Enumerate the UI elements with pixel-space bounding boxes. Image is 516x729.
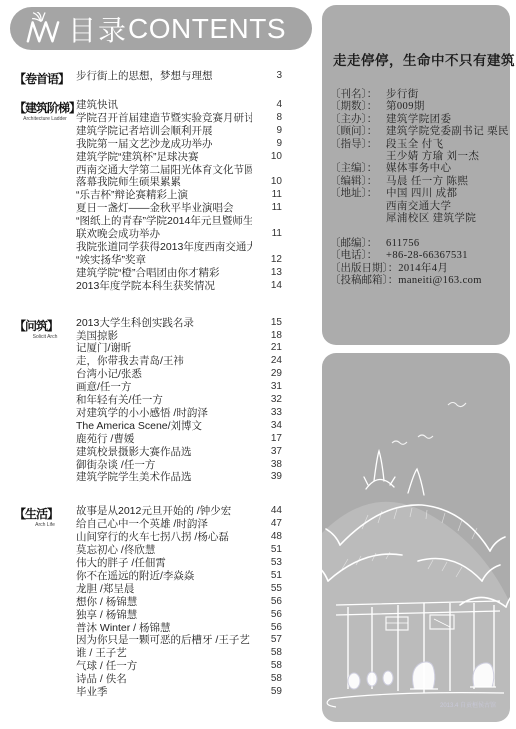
toc-section-items: 故事是从2012元旦开始的 /钟少宏44给自己心中一个英雄 /时韵泽47山间穿行… <box>76 505 282 699</box>
toc-row: 2013大学生科创实践名录15 <box>76 317 282 330</box>
toc-row: 2013年度学院本科生获奖情况14 <box>76 280 282 293</box>
toc-row: 山间穿行的火车七拐八拐 /杨心磊48 <box>76 531 282 544</box>
info-row: 〔电话〕：+86-28-66367531 <box>330 250 506 262</box>
section-title: 【问筑】 <box>14 317 76 334</box>
toc-section: 【生活】Arch Life故事是从2012元旦开始的 /钟少宏44给自己心中一个… <box>14 505 282 699</box>
toc-item-title: 2013大学生科创实践名录 <box>76 317 252 330</box>
toc-row: 你不在遥远的附近/李焱焱51 <box>76 570 282 583</box>
toc-item-page: 48 <box>252 531 282 544</box>
info-label <box>330 151 386 163</box>
toc-item-title: 和年轻有关/任一方 <box>76 394 252 407</box>
info-label: 〔电话〕： <box>330 250 386 262</box>
info-value: 段玉全 付飞 <box>386 139 444 151</box>
toc-item-page: 24 <box>252 355 282 368</box>
toc-row: The America Scene/刘博文34 <box>76 420 282 433</box>
toc-row: 毕业季59 <box>76 686 282 699</box>
info-row: 〔指导〕：段玉全 付飞 <box>330 139 506 151</box>
info-value: 犀浦校区 建筑学院 <box>386 213 476 225</box>
toc-item-title: 莫忘初心 /佟欣慧 <box>76 544 252 557</box>
info-value: 建筑学院党委副书记 栗民 <box>386 126 509 138</box>
info-label: 〔地址〕： <box>330 188 386 200</box>
toc-item-title: 建筑学院记者培训会顺利开展 <box>76 125 252 138</box>
info-row <box>330 225 506 237</box>
toc-item-page: 51 <box>252 570 282 583</box>
info-value: 建筑学院团委 <box>386 114 451 126</box>
toc-section-head: 【生活】Arch Life <box>14 505 76 699</box>
toc-row: 画意/任一方31 <box>76 381 282 394</box>
toc-item-page: 55 <box>252 583 282 596</box>
toc-section-items: 2013大学生科创实践名录15美国掠影18记厦门/谢昕21走，你带我去青岛/王祎… <box>76 317 282 485</box>
toc-row: 莫忘初心 /佟欣慧51 <box>76 544 282 557</box>
bird-icon <box>418 435 433 438</box>
toc-item-title: 步行街上的思想，梦想与理想 <box>76 70 252 83</box>
toc-item-title: 我院第一届文艺沙龙成功举办 <box>76 138 252 151</box>
section-title: 【卷首语】 <box>14 70 76 87</box>
toc-item-title: “竢实扬华”奖章 <box>76 254 252 267</box>
info-label: 〔主办〕： <box>330 114 386 126</box>
toc-item-title: 伟大的胖子 /任佃霄 <box>76 557 252 570</box>
slogan: 走走停停，生命中不只有建筑 <box>333 49 515 69</box>
info-row: 〔主编〕：媒体事务中心 <box>330 163 506 175</box>
toc-row: 因为你只是一颗可恶的后槽牙 /王子艺57 <box>76 634 282 647</box>
section-subtitle: Architecture Ladder <box>14 116 76 122</box>
toc-section-items: 步行街上的思想，梦想与理想3 <box>76 70 282 87</box>
toc-item-title: 学院召开首届建造节暨实验竞赛月研讨会 <box>76 112 252 125</box>
toc-item-page: 15 <box>252 317 282 330</box>
toc-item-page: 10 <box>252 151 282 164</box>
info-label: 〔顾问〕： <box>330 126 386 138</box>
toc-item-title: 毕业季 <box>76 686 252 699</box>
toc-row: 想你 / 杨锦慧56 <box>76 596 282 609</box>
contents-title-en: CONTENTS <box>128 13 286 45</box>
toc-item-page: 53 <box>252 557 282 570</box>
toc-item-title: 独享 / 杨锦慧 <box>76 609 252 622</box>
section-subtitle: Solicit Arch <box>14 334 76 340</box>
toc-row: 气球 / 任一方58 <box>76 660 282 673</box>
toc-item-title: 给自己心中一个英雄 /时韵泽 <box>76 518 252 531</box>
toc-item-title: 鹿苑行 /曹媛 <box>76 433 252 446</box>
sketch-panel: 2013.4 自贡桓侯古馆 <box>322 353 510 722</box>
info-value: 中国 四川 成都 <box>386 188 457 200</box>
toc-item-title: 御街杂谈 /任一方 <box>76 459 252 472</box>
info-row: 〔编辑〕：马晨 任一方 陈熙 <box>330 176 506 188</box>
info-value: 步行街 <box>386 89 419 101</box>
section-title: 【生活】 <box>14 505 76 522</box>
toc-item-page <box>252 164 282 177</box>
toc-item-page: 18 <box>252 330 282 343</box>
toc-item-page: 33 <box>252 407 282 420</box>
toc-item-title: 画意/任一方 <box>76 381 252 394</box>
toc-row: “图纸上的青春”学院2014年元旦暨师生 <box>76 215 282 228</box>
section-subtitle: Arch Life <box>14 522 76 528</box>
info-row: 〔投稿邮箱〕：maneiti@163.com <box>330 275 506 287</box>
info-value: maneiti@163.com <box>398 275 482 287</box>
toc-row: 御街杂谈 /任一方38 <box>76 459 282 472</box>
info-row: 〔期数〕：第009期 <box>330 101 506 113</box>
info-value: 西南交通大学 <box>386 201 451 213</box>
toc-row: “竢实扬华”奖章12 <box>76 254 282 267</box>
toc-item-title: 美国掠影 <box>76 330 252 343</box>
info-row: 〔主办〕：建筑学院团委 <box>330 114 506 126</box>
toc-item-page: 11 <box>252 189 282 202</box>
toc-row: 诗品 / 佚名58 <box>76 673 282 686</box>
toc-item-title: 谁 / 王子艺 <box>76 647 252 660</box>
toc-section: 【建筑阶梯】Architecture Ladder建筑快讯4学院召开首届建造节暨… <box>14 99 282 293</box>
info-fields: 〔刊名〕：步行街〔期数〕：第009期〔主办〕：建筑学院团委〔顾问〕：建筑学院党委… <box>330 89 506 288</box>
info-value: +86-28-66367531 <box>386 250 468 262</box>
contents-banner: 目录CONTENTS <box>10 7 312 50</box>
toc-item-page: 38 <box>252 459 282 472</box>
toc-item-page: 59 <box>252 686 282 699</box>
info-row: 犀浦校区 建筑学院 <box>330 213 506 225</box>
toc-row: 建筑学院学生美术作品选39 <box>76 471 282 484</box>
toc-item-title: 建筑学院“橙”合唱团由你才精彩 <box>76 267 252 280</box>
toc-item-page: 17 <box>252 433 282 446</box>
toc-item-page: 37 <box>252 446 282 459</box>
toc-item-title: 我院张道同学获得2013年度西南交通大学 <box>76 241 252 254</box>
toc-item-page: 3 <box>252 70 282 83</box>
info-value: 2014年4月 <box>398 263 448 275</box>
toc-row: 走，你带我去青岛/王祎24 <box>76 355 282 368</box>
info-label: 〔邮编〕： <box>330 238 386 250</box>
toc-item-title: 建筑学院学生美术作品选 <box>76 471 252 484</box>
info-label: 〔刊名〕： <box>330 89 386 101</box>
toc-row: 建筑学院记者培训会顺利开展9 <box>76 125 282 138</box>
toc-item-page: 12 <box>252 254 282 267</box>
toc-section: 【卷首语】步行街上的思想，梦想与理想3 <box>14 70 282 87</box>
info-label: 〔期数〕： <box>330 101 386 113</box>
toc-row: 建筑快讯4 <box>76 99 282 112</box>
toc: 【卷首语】步行街上的思想，梦想与理想3【建筑阶梯】Architecture La… <box>14 70 282 699</box>
toc-item-title: 气球 / 任一方 <box>76 660 252 673</box>
toc-row: 落幕我院师生硕果累累10 <box>76 176 282 189</box>
toc-item-page: 58 <box>252 673 282 686</box>
toc-row: 龙胆 /郑呈晨55 <box>76 583 282 596</box>
toc-item-title: The America Scene/刘博文 <box>76 420 252 433</box>
toc-row: 联欢晚会成功举办11 <box>76 228 282 241</box>
toc-item-title: “乐吉杯”辩论赛精彩上演 <box>76 189 252 202</box>
toc-item-page: 11 <box>252 202 282 215</box>
info-row: 〔顾问〕：建筑学院党委副书记 栗民 <box>330 126 506 138</box>
sketch-caption: 2013.4 自贡桓侯古馆 <box>440 701 496 709</box>
toc-row: 美国掠影18 <box>76 330 282 343</box>
toc-row: 谁 / 王子艺58 <box>76 647 282 660</box>
toc-item-page: 58 <box>252 660 282 673</box>
toc-item-title: 建筑快讯 <box>76 99 252 112</box>
info-panel: 走走停停，生命中不只有建筑 〔刊名〕：步行街〔期数〕：第009期〔主办〕：建筑学… <box>322 5 510 345</box>
temple-sketch: 2013.4 自贡桓侯古馆 <box>322 353 510 722</box>
toc-row: 对建筑学的小小感悟 /时韵泽33 <box>76 407 282 420</box>
info-label: 〔编辑〕： <box>330 176 386 188</box>
info-row: 王少婧 方瑜 刘一杰 <box>330 151 506 163</box>
info-value: 611756 <box>386 238 420 250</box>
toc-item-page: 8 <box>252 112 282 125</box>
toc-item-page: 11 <box>252 228 282 241</box>
toc-item-title: 2013年度学院本科生获奖情况 <box>76 280 252 293</box>
toc-item-page: 32 <box>252 394 282 407</box>
info-row: 〔地址〕：中国 四川 成都 <box>330 188 506 200</box>
toc-section-head: 【问筑】Solicit Arch <box>14 317 76 485</box>
toc-row: 建筑学院“橙”合唱团由你才精彩13 <box>76 267 282 280</box>
toc-row: 建筑校景摄影大赛作品选37 <box>76 446 282 459</box>
info-row: 〔邮编〕：611756 <box>330 238 506 250</box>
toc-row: 独享 / 杨锦慧56 <box>76 609 282 622</box>
info-value: 马晨 任一方 陈熙 <box>386 176 468 188</box>
bird-icon <box>392 441 407 444</box>
toc-item-title: 联欢晚会成功举办 <box>76 228 252 241</box>
toc-row: 普沐 Winter / 杨锦慧56 <box>76 622 282 635</box>
toc-section-items: 建筑快讯4学院召开首届建造节暨实验竞赛月研讨会8建筑学院记者培训会顺利开展9我院… <box>76 99 282 293</box>
toc-item-page: 51 <box>252 544 282 557</box>
section-title: 【建筑阶梯】 <box>14 99 76 116</box>
toc-row: 给自己心中一个英雄 /时韵泽47 <box>76 518 282 531</box>
info-row: 〔出版日期〕：2014年4月 <box>330 263 506 275</box>
toc-item-title: 对建筑学的小小感悟 /时韵泽 <box>76 407 252 420</box>
info-label: 〔投稿邮箱〕： <box>330 275 398 287</box>
toc-item-page: 57 <box>252 634 282 647</box>
toc-section-head: 【卷首语】 <box>14 70 76 87</box>
toc-row: 故事是从2012元旦开始的 /钟少宏44 <box>76 505 282 518</box>
toc-item-page: 34 <box>252 420 282 433</box>
toc-item-title: 诗品 / 佚名 <box>76 673 252 686</box>
info-value: 第009期 <box>386 101 425 113</box>
toc-row: 夏日一盏灯——金秋平毕业演唱会11 <box>76 202 282 215</box>
toc-item-page: 58 <box>252 647 282 660</box>
toc-row: 台湾小记/张悉29 <box>76 368 282 381</box>
info-value: 媒体事务中心 <box>386 163 451 175</box>
info-label: 〔出版日期〕： <box>330 263 398 275</box>
toc-item-page: 13 <box>252 267 282 280</box>
toc-item-page: 4 <box>252 99 282 112</box>
toc-item-page: 56 <box>252 622 282 635</box>
toc-row: 步行街上的思想，梦想与理想3 <box>76 70 282 83</box>
toc-row: 西南交通大学第二届阳光体育文化节圆满 <box>76 164 282 177</box>
toc-item-page: 21 <box>252 342 282 355</box>
toc-item-title: 龙胆 /郑呈晨 <box>76 583 252 596</box>
toc-row: 学院召开首届建造节暨实验竞赛月研讨会8 <box>76 112 282 125</box>
toc-item-title: 台湾小记/张悉 <box>76 368 252 381</box>
toc-row: 鹿苑行 /曹媛17 <box>76 433 282 446</box>
toc-item-page: 29 <box>252 368 282 381</box>
toc-item-page: 47 <box>252 518 282 531</box>
info-label <box>330 213 386 225</box>
toc-row: 我院第一届文艺沙龙成功举办9 <box>76 138 282 151</box>
toc-row: 和年轻有关/任一方32 <box>76 394 282 407</box>
toc-item-page: 14 <box>252 280 282 293</box>
toc-item-title: 走，你带我去青岛/王祎 <box>76 355 252 368</box>
info-label <box>330 201 386 213</box>
toc-item-page <box>252 241 282 254</box>
bird-icon <box>448 403 466 407</box>
toc-item-page: 56 <box>252 609 282 622</box>
info-label: 〔指导〕： <box>330 139 386 151</box>
info-value: 王少婧 方瑜 刘一杰 <box>386 151 479 163</box>
info-row: 西南交通大学 <box>330 201 506 213</box>
toc-item-page: 9 <box>252 138 282 151</box>
toc-section: 【问筑】Solicit Arch2013大学生科创实践名录15美国掠影18记厦门… <box>14 317 282 485</box>
toc-item-page: 39 <box>252 471 282 484</box>
toc-item-title: 西南交通大学第二届阳光体育文化节圆满 <box>76 164 252 177</box>
toc-item-page: 56 <box>252 596 282 609</box>
toc-row: 我院张道同学获得2013年度西南交通大学 <box>76 241 282 254</box>
toc-row: “乐吉杯”辩论赛精彩上演11 <box>76 189 282 202</box>
toc-item-title: 山间穿行的火车七拐八拐 /杨心磊 <box>76 531 252 544</box>
toc-item-title: 因为你只是一颗可恶的后槽牙 /王子艺 <box>76 634 252 647</box>
info-label: 〔主编〕： <box>330 163 386 175</box>
toc-item-page <box>252 215 282 228</box>
toc-section-head: 【建筑阶梯】Architecture Ladder <box>14 99 76 293</box>
toc-row: 伟大的胖子 /任佃霄53 <box>76 557 282 570</box>
toc-item-title: 落幕我院师生硕果累累 <box>76 176 252 189</box>
toc-item-title: 想你 / 杨锦慧 <box>76 596 252 609</box>
info-row: 〔刊名〕：步行街 <box>330 89 506 101</box>
nm-logo-icon <box>24 12 62 46</box>
toc-item-title: 建筑学院“建筑杯”足球决赛 <box>76 151 252 164</box>
toc-item-title: 故事是从2012元旦开始的 /钟少宏 <box>76 505 252 518</box>
toc-item-title: 你不在遥远的附近/李焱焱 <box>76 570 252 583</box>
toc-item-page: 31 <box>252 381 282 394</box>
toc-row: 建筑学院“建筑杯”足球决赛10 <box>76 151 282 164</box>
toc-item-page: 10 <box>252 176 282 189</box>
toc-item-title: 建筑校景摄影大赛作品选 <box>76 446 252 459</box>
toc-row: 记厦门/谢昕21 <box>76 342 282 355</box>
toc-item-title: 夏日一盏灯——金秋平毕业演唱会 <box>76 202 252 215</box>
contents-title-cn: 目录 <box>68 9 128 49</box>
toc-item-title: “图纸上的青春”学院2014年元旦暨师生 <box>76 215 252 228</box>
toc-item-page: 9 <box>252 125 282 138</box>
toc-item-page: 44 <box>252 505 282 518</box>
toc-item-title: 普沐 Winter / 杨锦慧 <box>76 622 252 635</box>
toc-item-title: 记厦门/谢昕 <box>76 342 252 355</box>
